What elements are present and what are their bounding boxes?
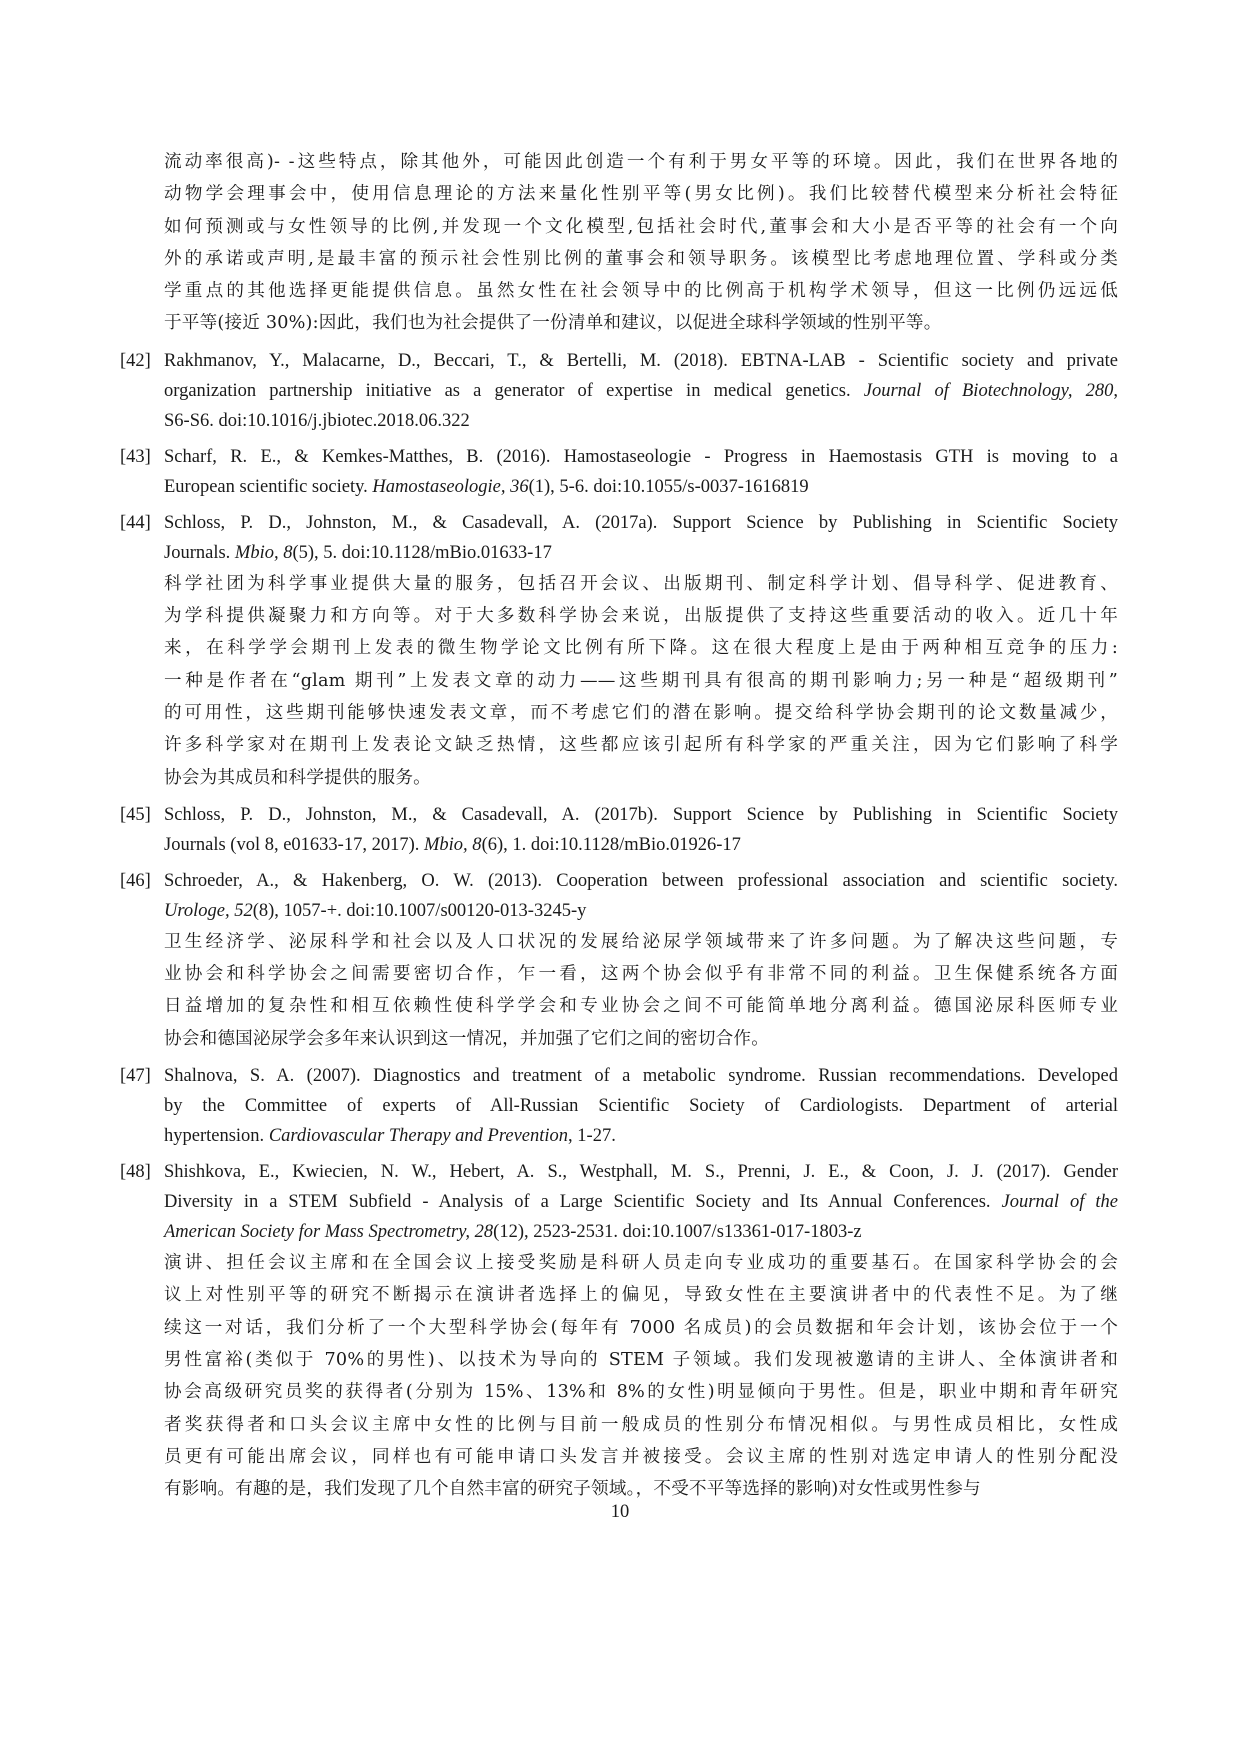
citation-text: Shishkova, E., Kwiecien, N. W., Hebert, …	[164, 1162, 1118, 1182]
citation-text: Journals.	[164, 543, 235, 563]
abstract-line: 来，在科学学会期刊上发表的微生物学论文比例有所下降。这在很大程度上是由于两种相互…	[164, 632, 1118, 664]
citation-text: Schloss, P. D., Johnston, M., & Casadeva…	[164, 513, 1118, 533]
citation-text: , 1-27.	[568, 1126, 616, 1146]
citation-text: S6-S6. doi:10.1016/j.jbiotec.2018.06.322	[164, 411, 470, 431]
abstract-line: 动物学会理事会中，使用信息理论的方法来量化性别平等(男女比例)。我们比较替代模型…	[164, 178, 1118, 210]
abstract-line: 为学科提供凝聚力和方向等。对于大多数科学协会来说，出版提供了支持这些重要活动的收…	[164, 600, 1118, 632]
citation-text: ,	[1113, 381, 1118, 401]
citation-text: by the Committee of experts of All-Russi…	[164, 1096, 1118, 1116]
citation-line: Shishkova, E., Kwiecien, N. W., Hebert, …	[164, 1157, 1118, 1187]
citation-text: Schloss, P. D., Johnston, M., & Casadeva…	[164, 805, 1118, 825]
citation-text: Scharf, R. E., & Kemkes-Matthes, B. (201…	[164, 447, 1118, 467]
abstract-line: 协会和德国泌尿学会多年来认识到这一情况，并加强了它们之间的密切合作。	[164, 1023, 1118, 1055]
reference-number: [47]	[120, 1061, 151, 1091]
citation-line: European scientific society. Hamostaseol…	[164, 472, 1118, 502]
citation-text: (5), 5. doi:10.1128/mBio.01633-17	[292, 543, 551, 563]
citation-line: Scharf, R. E., & Kemkes-Matthes, B. (201…	[164, 442, 1118, 472]
citation-line: American Society for Mass Spectrometry, …	[164, 1217, 1118, 1247]
citation-text: (1), 5-6. doi:10.1055/s-0037-1616819	[529, 477, 809, 497]
abstract-line: 卫生经济学、泌尿科学和社会以及人口状况的发展给泌尿学领域带来了许多问题。为了解决…	[164, 926, 1118, 958]
citation-source: Hamostaseologie, 36	[372, 477, 528, 497]
abstract-line: 科学社团为科学事业提供大量的服务，包括召开会议、出版期刊、制定科学计划、倡导科学…	[164, 568, 1118, 600]
citation-source: Journal of Biotechnology, 280	[864, 381, 1114, 401]
abstract-line: 于平等(接近 30%):因此，我们也为社会提供了一份清单和建议，以促进全球科学领…	[164, 307, 1118, 339]
abstract-line: 外的承诺或声明,是最丰富的预示社会性别比例的董事会和领导职务。该模型比考虑地理位…	[164, 243, 1118, 275]
citation-source: Urologe, 52	[164, 901, 253, 921]
reference-number: [46]	[120, 866, 151, 896]
reference-entry: [46]Schroeder, A., & Hakenberg, O. W. (2…	[120, 866, 1118, 1055]
citation-source: Mbio, 8	[424, 835, 482, 855]
citation-text: Schroeder, A., & Hakenberg, O. W. (2013)…	[164, 871, 1118, 891]
citation-line: Schloss, P. D., Johnston, M., & Casadeva…	[164, 800, 1118, 830]
abstract-line: 演讲、担任会议主席和在全国会议上接受奖励是科研人员走向专业成功的重要基石。在国家…	[164, 1247, 1118, 1279]
reference-entry: [42]Rakhmanov, Y., Malacarne, D., Beccar…	[120, 346, 1118, 436]
reference-list: 流动率很高)- -这些特点，除其他外，可能因此创造一个有利于男女平等的环境。因此…	[120, 146, 1118, 1511]
citation-line: Journals (vol 8, e01633-17, 2017). Mbio,…	[164, 830, 1118, 860]
citation-line: Schroeder, A., & Hakenberg, O. W. (2013)…	[164, 866, 1118, 896]
abstract-line: 的可用性，这些期刊能够快速发表文章，而不考虑它们的潜在影响。提交给科学协会期刊的…	[164, 697, 1118, 729]
reference-entry: [45]Schloss, P. D., Johnston, M., & Casa…	[120, 800, 1118, 860]
reference-entry: [43]Scharf, R. E., & Kemkes-Matthes, B. …	[120, 442, 1118, 502]
abstract-line: 议上对性别平等的研究不断揭示在演讲者选择上的偏见，导致女性在主要演讲者中的代表性…	[164, 1279, 1118, 1311]
citation-line: by the Committee of experts of All-Russi…	[164, 1091, 1118, 1121]
abstract-line: 一种是作者在“glam 期刊”上发表文章的动力——这些期刊具有很高的期刊影响力;…	[164, 665, 1118, 697]
citation-source: Mbio, 8	[235, 543, 293, 563]
abstract-line: 许多科学家对在期刊上发表论文缺乏热情，这些都应该引起所有科学家的严重关注，因为它…	[164, 729, 1118, 761]
citation-line: Urologe, 52(8), 1057-+. doi:10.1007/s001…	[164, 896, 1118, 926]
citation-line: Rakhmanov, Y., Malacarne, D., Beccari, T…	[164, 346, 1118, 376]
citation-text: Shalnova, S. A. (2007). Diagnostics and …	[164, 1066, 1118, 1086]
abstract-line: 日益增加的复杂性和相互依赖性使科学学会和专业协会之间不可能简单地分离利益。德国泌…	[164, 990, 1118, 1022]
citation-line: Journals. Mbio, 8(5), 5. doi:10.1128/mBi…	[164, 538, 1118, 568]
reference-number: [45]	[120, 800, 151, 830]
citation-source: American Society for Mass Spectrometry, …	[164, 1222, 493, 1242]
citation-text: (12), 2523-2531. doi:10.1007/s13361-017-…	[493, 1222, 861, 1242]
continued-abstract: 流动率很高)- -这些特点，除其他外，可能因此创造一个有利于男女平等的环境。因此…	[120, 146, 1118, 340]
abstract-line: 者奖获得者和口头会议主席中女性的比例与目前一般成员的性别分布情况相似。与男性成员…	[164, 1409, 1118, 1441]
citation-text: Diversity in a STEM Subfield - Analysis …	[164, 1192, 1002, 1212]
reference-entry: [47]Shalnova, S. A. (2007). Diagnostics …	[120, 1061, 1118, 1151]
abstract-line: 流动率很高)- -这些特点，除其他外，可能因此创造一个有利于男女平等的环境。因此…	[164, 146, 1118, 178]
citation-text: Journals (vol 8, e01633-17, 2017).	[164, 835, 424, 855]
citation-line: hypertension. Cardiovascular Therapy and…	[164, 1121, 1118, 1151]
reference-number: [43]	[120, 442, 151, 472]
citation-line: Shalnova, S. A. (2007). Diagnostics and …	[164, 1061, 1118, 1091]
citation-source: Cardiovascular Therapy and Prevention	[269, 1126, 568, 1146]
page-number: 10	[0, 1500, 1240, 1524]
citation-text: organization partnership initiative as a…	[164, 381, 864, 401]
citation-line: Schloss, P. D., Johnston, M., & Casadeva…	[164, 508, 1118, 538]
abstract-line: 业协会和科学协会之间需要密切合作，乍一看，这两个协会似乎有非常不同的利益。卫生保…	[164, 958, 1118, 990]
citation-text: (8), 1057-+. doi:10.1007/s00120-013-3245…	[253, 901, 587, 921]
citation-text: hypertension.	[164, 1126, 269, 1146]
document-page: 流动率很高)- -这些特点，除其他外，可能因此创造一个有利于男女平等的环境。因此…	[0, 0, 1240, 1753]
citation-line: Diversity in a STEM Subfield - Analysis …	[164, 1187, 1118, 1217]
abstract-line: 学重点的其他选择更能提供信息。虽然女性在社会领导中的比例高于机构学术领导，但这一…	[164, 275, 1118, 307]
citation-text: Rakhmanov, Y., Malacarne, D., Beccari, T…	[164, 351, 1118, 371]
citation-text: European scientific society.	[164, 477, 372, 497]
abstract-line: 如何预测或与女性领导的比例,并发现一个文化模型,包括社会时代,董事会和大小是否平…	[164, 211, 1118, 243]
reference-number: [48]	[120, 1157, 151, 1187]
abstract-line: 员更有可能出席会议，同样也有可能申请口头发言并被接受。会议主席的性别对选定申请人…	[164, 1441, 1118, 1473]
citation-line: S6-S6. doi:10.1016/j.jbiotec.2018.06.322	[164, 406, 1118, 436]
abstract-line: 协会高级研究员奖的获得者(分别为 15%、13%和 8%的女性)明显倾向于男性。…	[164, 1376, 1118, 1408]
reference-entry: [48]Shishkova, E., Kwiecien, N. W., Hebe…	[120, 1157, 1118, 1505]
reference-number: [42]	[120, 346, 151, 376]
reference-entry: [44]Schloss, P. D., Johnston, M., & Casa…	[120, 508, 1118, 794]
citation-source: Journal of the	[1002, 1192, 1119, 1212]
abstract-line: 男性富裕(类似于 70%的男性)、以技术为导向的 STEM 子领域。我们发现被邀…	[164, 1344, 1118, 1376]
citation-line: organization partnership initiative as a…	[164, 376, 1118, 406]
abstract-line: 续这一对话，我们分析了一个大型科学协会(每年有 7000 名成员)的会员数据和年…	[164, 1312, 1118, 1344]
abstract-line: 协会为其成员和科学提供的服务。	[164, 762, 1118, 794]
reference-number: [44]	[120, 508, 151, 538]
citation-text: (6), 1. doi:10.1128/mBio.01926-17	[482, 835, 741, 855]
